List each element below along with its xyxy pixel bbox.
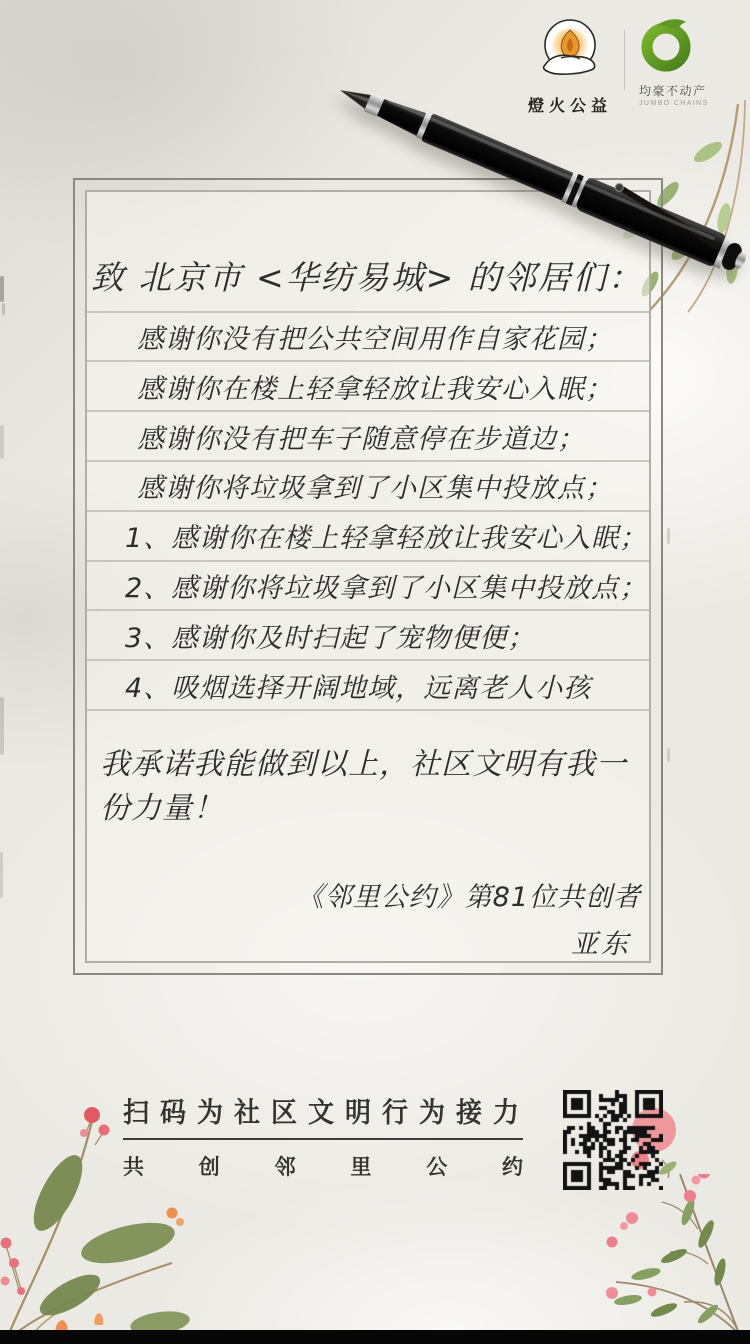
paper-smudge xyxy=(667,748,670,762)
bottom-black-bar xyxy=(0,1330,750,1344)
letter-salutation: 致 北京市 <华纺易城> 的邻居们： xyxy=(87,192,649,313)
letter-line-6: 2、感谢你将垃圾拿到了小区集中投放点； xyxy=(87,562,649,612)
letter-pledge: 我承诺我能做到以上，社区文明有我一份力量！ xyxy=(87,739,649,827)
letter-line-7: 3、感谢你及时扫起了宠物便便； xyxy=(87,611,649,661)
qr-code xyxy=(563,1090,663,1190)
paper-smudge xyxy=(0,425,4,459)
brand-logo-name-cn: 均豪不动产 xyxy=(636,82,714,99)
paper-smudge xyxy=(2,303,5,315)
letter-paper: 致 北京市 <华纺易城> 的邻居们： 感谢你没有把公共空间用作自家花园； 感谢你… xyxy=(85,190,651,963)
footer-cta: 扫码为社区文明行为接力 共创邻里公约 xyxy=(123,1092,525,1181)
cta-underline xyxy=(123,1138,523,1140)
letter-line-3: 感谢你没有把车子随意停在步道边； xyxy=(87,412,649,462)
cta-subtitle: 共创邻里公约 xyxy=(123,1151,523,1181)
letter-frame: 致 北京市 <华纺易城> 的邻居们： 感谢你没有把公共空间用作自家花园； 感谢你… xyxy=(73,178,663,975)
letter-line-2: 感谢你在楼上轻拿轻放让我安心入眠； xyxy=(87,362,649,412)
letter-line-1: 感谢你没有把公共空间用作自家花园； xyxy=(87,313,649,363)
paper-smudge xyxy=(667,528,670,544)
signature-name: 亚东 xyxy=(87,922,649,961)
signature-title: 《邻里公约》第81位共创者 xyxy=(87,875,649,914)
letter-line-4: 感谢你将垃圾拿到了小区集中投放点； xyxy=(87,462,649,512)
charity-logo: 燈火公益 xyxy=(527,18,613,116)
paper-smudge xyxy=(0,276,4,302)
charity-logo-label: 燈火公益 xyxy=(527,93,613,116)
brand-logo-name-en: JUMBO CHAINS xyxy=(636,100,714,107)
letter-line-8: 4、吸烟选择开阔地域，远离老人小孩 xyxy=(87,661,649,711)
cta-title: 扫码为社区文明行为接力 xyxy=(123,1091,525,1130)
lamp-in-hand-icon xyxy=(537,18,603,86)
green-ring-icon xyxy=(636,16,698,74)
brand-logo: 均豪不动产 JUMBO CHAINS xyxy=(636,16,714,107)
letter-line-5: 1、感谢你在楼上轻拿轻放让我安心入眠； xyxy=(87,512,649,562)
paper-smudge xyxy=(0,852,3,898)
paper-smudge xyxy=(0,697,4,755)
logo-divider xyxy=(624,30,625,90)
